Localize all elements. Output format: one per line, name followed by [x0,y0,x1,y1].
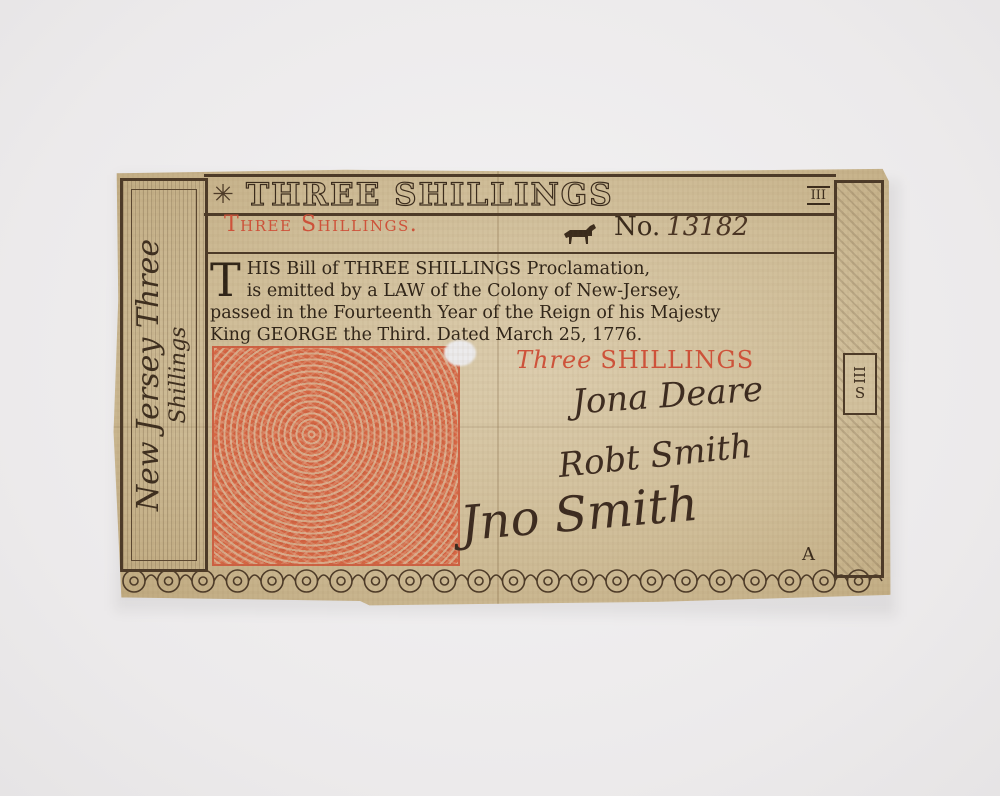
proclamation-line: HIS Bill of THREE SHILLINGS Proclamation… [210,258,832,280]
serial-value: 13182 [666,212,749,242]
right-roman-numeral: III [851,366,869,384]
signature-3: Jno Smith [458,476,700,553]
red-denomination-script: Three [516,346,592,374]
proclamation-text: T HIS Bill of THREE SHILLINGS Proclamati… [210,258,832,346]
red-denomination-caps: SHILLINGS [600,346,754,374]
left-panel-line2: Shillings [164,239,194,511]
bottom-scroll-border [116,566,884,596]
red-denomination: ThreeSHILLINGS [516,346,754,374]
drop-cap: T [210,260,241,300]
red-nature-print-seal [212,346,460,566]
left-ornamental-panel: New Jersey Three Shillings [120,178,208,572]
proclamation-line: passed in the Fourteenth Year of the Rei… [210,302,832,324]
paper-damage-hole [444,340,476,366]
right-ornamental-panel: III S [834,180,884,578]
banknote: New Jersey Three Shillings ✳ THREE SHILL… [112,168,892,608]
divider-rule [208,252,834,254]
title-band: ✳ THREE SHILLINGS III [204,174,836,216]
title-roman-numeral: III [807,186,830,205]
right-value-box: III S [843,353,877,415]
signature-1: Jona Deare [571,369,764,422]
signature-2: Robt Smith [556,426,753,486]
plate-letter: A [802,544,815,565]
fold-crease-horizontal [112,426,892,428]
proclamation-line: is emitted by a LAW of the Colony of New… [210,280,832,302]
serial-label: No. [614,212,660,242]
title-text: THREE SHILLINGS [246,177,614,213]
horse-emblem-icon [560,220,600,248]
fold-crease-vertical [497,168,499,608]
serial-number: No.13182 [614,212,749,242]
right-shilling-symbol: S [855,384,865,402]
star-ornament-icon: ✳ [208,180,238,210]
left-panel-text: New Jersey Three Shillings [134,239,194,511]
left-panel-line1: New Jersey Three [131,239,166,511]
proclamation-line: King GEORGE the Third. Dated March 25, 1… [210,324,832,346]
red-heading: Three Shillings. [224,212,418,237]
